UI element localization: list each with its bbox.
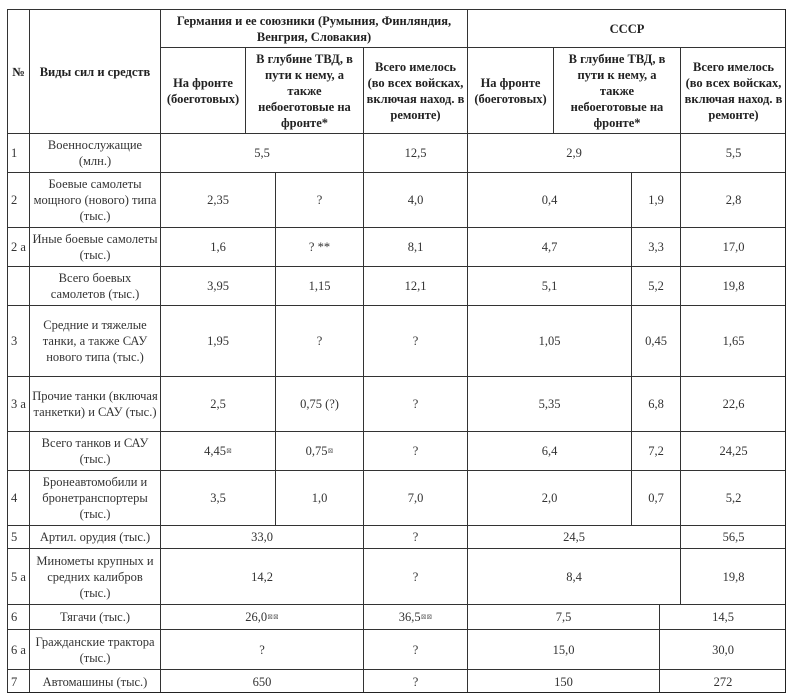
germany-front-depth-value: ?: [160, 629, 363, 669]
germany-total-value: 7,0: [363, 470, 467, 525]
germany-total-value: 8,1: [363, 227, 467, 266]
row-number: 5: [7, 525, 29, 548]
ussr-front-value-text: 0,4: [542, 192, 558, 208]
ussr-total-value: 56,5: [680, 525, 786, 548]
germany-depth-value-text: ?: [317, 192, 323, 208]
ussr-depth-value: 7,2: [631, 431, 680, 470]
ussr-front-value-text: 6,4: [542, 443, 558, 459]
ussr-front-depth-value: 8,4: [467, 548, 680, 604]
ussr-total-value: 1,65: [680, 305, 786, 376]
ussr-front-depth-value-text: 8,4: [566, 569, 582, 585]
ussr-depth-value-text: 1,9: [648, 192, 664, 208]
header-ussr: СССР: [467, 9, 786, 47]
row-label: Иные боевые самолеты (тыс.): [29, 227, 160, 266]
germany-total-value: 36,5⊠⊠: [363, 604, 467, 629]
germany-front-value-text: 1,95: [207, 333, 229, 349]
row-label: Бронеавтомобили и бронетранспортеры (тыс…: [29, 470, 160, 525]
ussr-total-value-text: 5,5: [726, 145, 742, 161]
germany-front-value-text: 2,35: [207, 192, 229, 208]
germany-front-value-text: 4,45: [204, 443, 226, 459]
row-number: [7, 266, 29, 305]
germany-front-depth-value: 14,2: [160, 548, 363, 604]
germany-total-value-text: ?: [413, 396, 419, 412]
ussr-depth-value: 5,2: [631, 266, 680, 305]
row-number: 6 а: [7, 629, 29, 669]
header-ussr-depth: В глубине ТВД, в пути к нему, а также не…: [553, 47, 680, 133]
germany-total-value: 12,1: [363, 266, 467, 305]
ussr-front-depth-value-text: 2,9: [566, 145, 582, 161]
ussr-front-value-text: 5,1: [542, 278, 558, 294]
ussr-front-depth-value: 24,5: [467, 525, 680, 548]
header-germany: Германия и ее союзники (Румыния, Финлянд…: [160, 9, 467, 47]
row-number-text: 2: [11, 192, 17, 208]
row-label: Минометы крупных и средних калибров (тыс…: [29, 548, 160, 604]
ussr-front-depth-value: 2,9: [467, 133, 680, 172]
row-label-text: Всего танков и САУ (тыс.): [32, 435, 158, 467]
footnote-marker: ⊠⊠: [267, 609, 279, 625]
germany-front-depth-value-text: 650: [253, 674, 272, 690]
germany-front-value: 2,35: [160, 172, 275, 227]
germany-total-value-text: ?: [413, 333, 419, 349]
ussr-front-value-text: 5,35: [539, 396, 561, 412]
ussr-total-value-text: 17,0: [723, 239, 745, 255]
germany-front-depth-value-text: 26,0: [245, 609, 267, 625]
ussr-depth-value-text: 6,8: [648, 396, 664, 412]
row-number: 6: [7, 604, 29, 629]
germany-total-value-text: ?: [413, 642, 419, 658]
ussr-total-value: 19,8: [680, 548, 786, 604]
row-number: 3 а: [7, 376, 29, 431]
header-ussr-total: Всего имелось (во всех войсках, включая …: [680, 47, 786, 133]
germany-front-value-text: 3,95: [207, 278, 229, 294]
ussr-total-value-text: 19,8: [723, 569, 745, 585]
ussr-depth-value-text: 7,2: [648, 443, 664, 459]
row-number: 5 а: [7, 548, 29, 604]
germany-depth-value-text: 0,75 (?): [300, 396, 339, 412]
row-number: 3: [7, 305, 29, 376]
germany-total-value: ?: [363, 669, 467, 693]
germany-depth-value: ?: [275, 172, 363, 227]
row-label: Тягачи (тыс.): [29, 604, 160, 629]
germany-total-value-text: ?: [413, 674, 419, 690]
germany-front-depth-value: 650: [160, 669, 363, 693]
row-number: 7: [7, 669, 29, 693]
ussr-front-value-text: 4,7: [542, 239, 558, 255]
row-label: Автомашины (тыс.): [29, 669, 160, 693]
ussr-total-value: 24,25: [680, 431, 786, 470]
germany-front-value: 1,6: [160, 227, 275, 266]
row-number: 4: [7, 470, 29, 525]
germany-front-depth-value-text: ?: [259, 642, 265, 658]
ussr-front-value: 1,05: [467, 305, 631, 376]
ussr-front-value: 5,35: [467, 376, 631, 431]
ussr-total-value-text: 24,25: [719, 443, 747, 459]
germany-depth-value: ? **: [275, 227, 363, 266]
header-ussr-front: На фронте (боеготовых): [467, 47, 553, 133]
ussr-front-value: 6,4: [467, 431, 631, 470]
germany-total-value-text: 7,0: [408, 490, 424, 506]
row-label-text: Автомашины (тыс.): [43, 674, 148, 690]
ussr-front-value-text: 2,0: [542, 490, 558, 506]
ussr-front-depth-value-text: 7,5: [556, 609, 572, 625]
ussr-front-value: 2,0: [467, 470, 631, 525]
row-number-text: 5 а: [11, 569, 26, 585]
ussr-total-value: 14,5: [659, 604, 786, 629]
row-number: 2 а: [7, 227, 29, 266]
ussr-total-value: 5,5: [680, 133, 786, 172]
row-label: Всего боевых самолетов (тыс.): [29, 266, 160, 305]
ussr-depth-value: 3,3: [631, 227, 680, 266]
ussr-depth-value-text: 5,2: [648, 278, 664, 294]
germany-depth-value: 1,0: [275, 470, 363, 525]
germany-depth-value-text: 0,75: [306, 443, 328, 459]
row-number: [7, 431, 29, 470]
row-label: Средние и тяжелые танки, а также САУ нов…: [29, 305, 160, 376]
germany-front-depth-value: 33,0: [160, 525, 363, 548]
germany-depth-value: 1,15: [275, 266, 363, 305]
ussr-front-depth-value-text: 15,0: [553, 642, 575, 658]
row-number-text: 3 а: [11, 396, 26, 412]
germany-total-value-text: ?: [413, 443, 419, 459]
ussr-total-value-text: 5,2: [726, 490, 742, 506]
germany-total-value: ?: [363, 376, 467, 431]
germany-front-value: 3,95: [160, 266, 275, 305]
row-label-text: Военнослужащие (млн.): [32, 137, 158, 169]
ussr-front-depth-value: 150: [467, 669, 659, 693]
row-label: Прочие танки (включая танкетки) и САУ (т…: [29, 376, 160, 431]
ussr-depth-value-text: 0,7: [648, 490, 664, 506]
row-number-text: 1: [11, 145, 17, 161]
ussr-total-value: 272: [659, 669, 786, 693]
row-label-text: Средние и тяжелые танки, а также САУ нов…: [32, 317, 158, 365]
header-germany-front: На фронте (боеготовых): [160, 47, 245, 133]
germany-depth-value: 0,75 (?): [275, 376, 363, 431]
ussr-total-value-text: 14,5: [712, 609, 734, 625]
row-number-text: 3: [11, 333, 17, 349]
germany-total-value: ?: [363, 305, 467, 376]
ussr-total-value-text: 2,8: [726, 192, 742, 208]
germany-depth-value-text: 1,15: [309, 278, 331, 294]
row-number: 2: [7, 172, 29, 227]
germany-total-value-text: ?: [413, 569, 419, 585]
ussr-front-value-text: 1,05: [539, 333, 561, 349]
row-label: Боевые самолеты мощного (нового) типа (т…: [29, 172, 160, 227]
ussr-depth-value: 6,8: [631, 376, 680, 431]
ussr-total-value-text: 56,5: [723, 529, 745, 545]
row-label: Артил. орудия (тыс.): [29, 525, 160, 548]
germany-total-value-text: 12,1: [405, 278, 427, 294]
germany-front-value-text: 2,5: [210, 396, 226, 412]
ussr-front-depth-value-text: 24,5: [563, 529, 585, 545]
header-types: Виды сил и средств: [29, 9, 160, 133]
germany-total-value-text: 36,5: [399, 609, 421, 625]
ussr-front-value: 0,4: [467, 172, 631, 227]
header-num: №: [7, 9, 29, 133]
row-number-text: 7: [11, 674, 17, 690]
ussr-depth-value: 0,7: [631, 470, 680, 525]
germany-front-value-text: 3,5: [210, 490, 226, 506]
forces-comparison-table: № Виды сил и средств Германия и ее союзн…: [0, 0, 787, 696]
row-label: Всего танков и САУ (тыс.): [29, 431, 160, 470]
ussr-front-depth-value: 7,5: [467, 604, 659, 629]
row-number-text: 5: [11, 529, 17, 545]
germany-total-value: ?: [363, 525, 467, 548]
row-number-text: 6: [11, 609, 17, 625]
ussr-total-value-text: 272: [714, 674, 733, 690]
row-label-text: Боевые самолеты мощного (нового) типа (т…: [32, 176, 158, 224]
ussr-total-value: 22,6: [680, 376, 786, 431]
ussr-front-depth-value: 15,0: [467, 629, 659, 669]
row-label-text: Прочие танки (включая танкетки) и САУ (т…: [32, 388, 158, 420]
germany-front-depth-value-text: 5,5: [254, 145, 270, 161]
row-label-text: Артил. орудия (тыс.): [40, 529, 150, 545]
ussr-total-value: 2,8: [680, 172, 786, 227]
germany-depth-value-text: ? **: [309, 239, 330, 255]
germany-total-value: ?: [363, 629, 467, 669]
germany-total-value-text: ?: [413, 529, 419, 545]
germany-total-value-text: 8,1: [408, 239, 424, 255]
row-label-text: Минометы крупных и средних калибров (тыс…: [32, 553, 158, 601]
footnote-marker: ⊠: [226, 443, 232, 459]
ussr-total-value-text: 1,65: [723, 333, 745, 349]
germany-total-value-text: 4,0: [408, 192, 424, 208]
row-label-text: Тягачи (тыс.): [60, 609, 130, 625]
germany-depth-value-text: 1,0: [312, 490, 328, 506]
row-label: Военнослужащие (млн.): [29, 133, 160, 172]
ussr-front-value: 4,7: [467, 227, 631, 266]
ussr-depth-value: 0,45: [631, 305, 680, 376]
germany-front-depth-value: 26,0⊠⊠: [160, 604, 363, 629]
germany-front-value-text: 1,6: [210, 239, 226, 255]
header-germany-total: Всего имелось (во всех войсках, включая …: [363, 47, 467, 133]
footnote-marker: ⊠⊠: [421, 609, 433, 625]
germany-front-depth-value-text: 33,0: [251, 529, 273, 545]
row-number-text: 6 а: [11, 642, 26, 658]
ussr-total-value: 19,8: [680, 266, 786, 305]
ussr-front-depth-value-text: 150: [554, 674, 573, 690]
footnote-marker: ⊠: [328, 443, 334, 459]
germany-total-value-text: 12,5: [405, 145, 427, 161]
germany-front-value: 1,95: [160, 305, 275, 376]
ussr-total-value: 5,2: [680, 470, 786, 525]
germany-front-value: 2,5: [160, 376, 275, 431]
germany-total-value: ?: [363, 548, 467, 604]
row-number: 1: [7, 133, 29, 172]
header-germany-depth: В глубине ТВД, в пути к нему, а также не…: [245, 47, 363, 133]
germany-front-depth-value: 5,5: [160, 133, 363, 172]
germany-front-depth-value-text: 14,2: [251, 569, 273, 585]
row-number-text: 4: [11, 490, 17, 506]
row-label-text: Бронеавтомобили и бронетранспортеры (тыс…: [32, 474, 158, 522]
germany-depth-value-text: ?: [317, 333, 323, 349]
germany-total-value: 12,5: [363, 133, 467, 172]
germany-front-value: 4,45⊠: [160, 431, 275, 470]
row-label: Гражданские трактора (тыс.): [29, 629, 160, 669]
ussr-depth-value-text: 0,45: [645, 333, 667, 349]
row-label-text: Иные боевые самолеты (тыс.): [32, 231, 158, 263]
ussr-total-value: 30,0: [659, 629, 786, 669]
row-label-text: Гражданские трактора (тыс.): [32, 634, 158, 666]
germany-total-value: ?: [363, 431, 467, 470]
ussr-depth-value: 1,9: [631, 172, 680, 227]
row-number-text: 2 а: [11, 239, 26, 255]
germany-front-value: 3,5: [160, 470, 275, 525]
germany-total-value: 4,0: [363, 172, 467, 227]
ussr-total-value-text: 30,0: [712, 642, 734, 658]
ussr-depth-value-text: 3,3: [648, 239, 664, 255]
ussr-total-value-text: 22,6: [723, 396, 745, 412]
ussr-total-value-text: 19,8: [723, 278, 745, 294]
germany-depth-value: ?: [275, 305, 363, 376]
germany-depth-value: 0,75⊠: [275, 431, 363, 470]
ussr-total-value: 17,0: [680, 227, 786, 266]
ussr-front-value: 5,1: [467, 266, 631, 305]
row-label-text: Всего боевых самолетов (тыс.): [32, 270, 158, 302]
